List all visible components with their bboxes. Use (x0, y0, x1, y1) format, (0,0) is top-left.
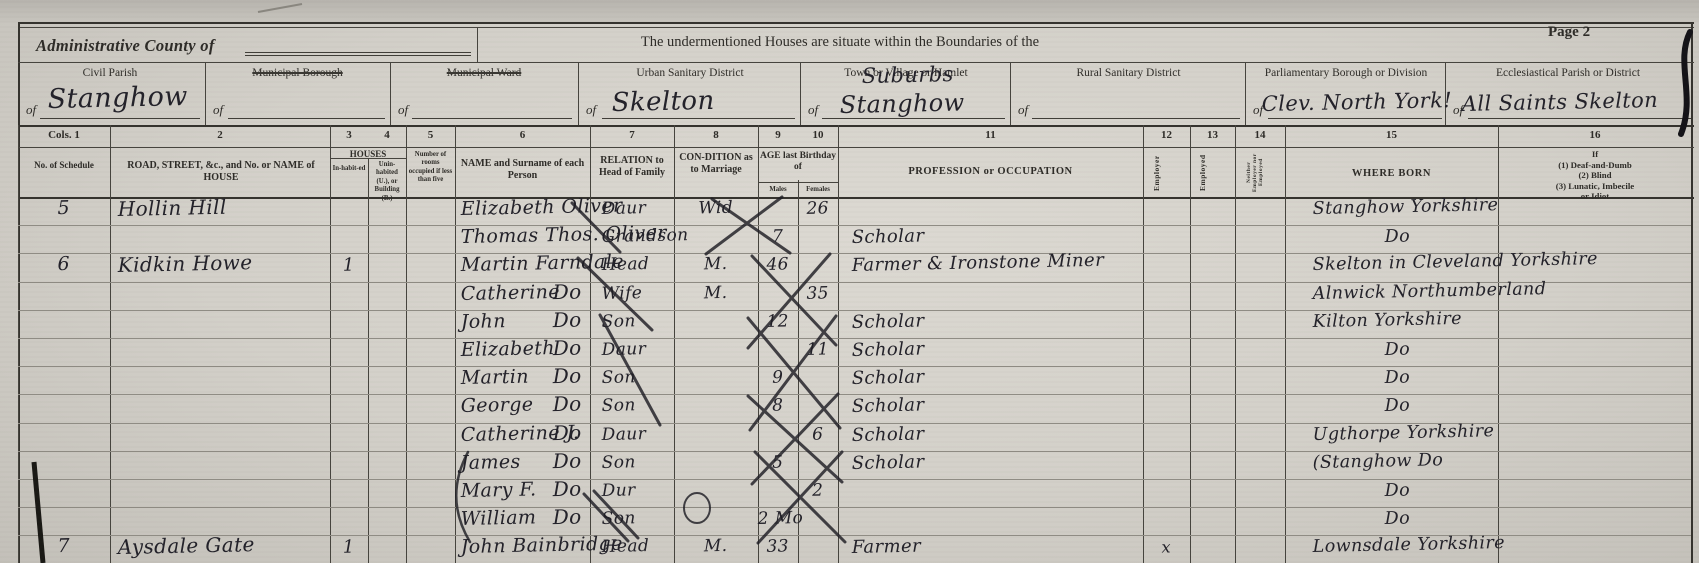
row-3-occupation: Farmer & Ironstone Miner (851, 245, 1143, 279)
row-11-relation: Dur (601, 475, 674, 505)
row-4-name: CatherineDo (460, 277, 590, 308)
row-1-schedule: 5 (17, 193, 110, 223)
grid-vline (1498, 125, 1499, 563)
district-title-rural-sanitary: Rural Sanitary District (1022, 67, 1235, 80)
district-value-line (228, 118, 385, 119)
row-3-age_m: 46 (757, 250, 798, 279)
census-scan-page: Administrative County of The undermentio… (0, 0, 1699, 563)
grid-vline (1285, 125, 1286, 563)
of-label: of (213, 102, 223, 118)
town-village-value: Stanghow (839, 88, 964, 119)
colnum-condition: 8 (674, 129, 758, 141)
row-9-name-ditto: Do (552, 418, 581, 448)
row-8-age_m: 8 (757, 391, 798, 420)
row-13-inhabited: 1 (329, 532, 368, 561)
row-12-name-ditto: Do (552, 502, 581, 532)
row-6-name-ditto: Do (552, 333, 581, 363)
row-13-condition: M. (673, 531, 758, 561)
header-employer: Employer (1152, 152, 1161, 194)
row-12-name: WilliamDo (460, 502, 590, 533)
header-females: Females (798, 186, 838, 194)
colnum-rooms: 5 (406, 129, 455, 141)
row-11-born: Do (1384, 475, 1498, 505)
of-label: of (26, 102, 36, 118)
row-4-relation: Wife (601, 278, 674, 308)
row-3-inhabited: 1 (329, 250, 368, 279)
row-7-name: MartinDo (460, 361, 590, 392)
district-value-line (602, 118, 795, 119)
row-6-age_f: 11 (797, 335, 838, 364)
row-5-name: JohnDo (460, 305, 590, 336)
header-occupation: PROFESSION or OCCUPATION (838, 166, 1143, 179)
district-title-municipal-borough: Municipal Borough (215, 67, 380, 80)
district-row-top-line (18, 62, 1694, 63)
row-6-born: Do (1384, 334, 1498, 364)
row-7-age_m: 9 (757, 363, 798, 392)
admin-box-divider (477, 27, 478, 62)
ecclesiastical-value: All Saints Skelton (1461, 88, 1658, 116)
admin-county-blank-line-2 (245, 55, 471, 56)
district-title-municipal-ward: Municipal Ward (400, 67, 568, 80)
header-where-born: WHERE BORN (1285, 168, 1498, 181)
row-4-age_f: 35 (797, 279, 838, 308)
grid-vline (330, 125, 331, 563)
district-value-line (1468, 118, 1691, 119)
frame-top-line-2 (18, 27, 1694, 28)
header-rooms: Number of rooms occupied if less than fi… (408, 151, 453, 185)
row-12-age_m: 2 Mo (757, 504, 798, 533)
row-7-born: Do (1384, 362, 1498, 392)
row-2-age_m: 7 (757, 222, 798, 251)
header-schedule: No. of Schedule (18, 160, 110, 171)
colnum-row-line (18, 147, 1694, 148)
row-11-name: Mary F.Do (460, 474, 590, 505)
row-4-condition: M. (673, 278, 758, 308)
row-13-relation: Head (601, 531, 674, 561)
civil-parish-value: Stanghow (47, 81, 188, 115)
district-value-line (40, 118, 200, 119)
row-10-name: JamesDo (460, 446, 590, 477)
frame-top-line (18, 22, 1694, 24)
district-title-ecclesiastical: Ecclesiastical Parish or District (1455, 67, 1681, 80)
row-7-name-ditto: Do (552, 361, 581, 391)
row-10-relation: Son (601, 447, 674, 477)
row-9-name: Catherine J.Do (460, 418, 590, 449)
header-condition: CON-DITION as to Marriage (676, 152, 756, 176)
grid-vline (1190, 125, 1191, 563)
district-divider (205, 62, 206, 125)
row-12-born: Do (1384, 503, 1498, 533)
header-neither: Neither Employer nor Employed (1246, 150, 1264, 195)
row-9-relation: Daur (601, 419, 674, 449)
of-label: of (1018, 102, 1028, 118)
row-3-born: Skelton in Cleveland Yorkshire (1312, 247, 1498, 279)
row-1-house: Hollin Hill (117, 191, 330, 223)
district-divider (800, 62, 801, 125)
grid-vline (110, 125, 111, 563)
row-7-relation: Son (601, 362, 674, 392)
colnum-relation: 7 (590, 129, 674, 141)
row-1-age_f: 26 (797, 194, 838, 223)
grid-vline (838, 125, 839, 563)
colnum-uninh: 4 (368, 129, 406, 141)
of-label: of (808, 102, 818, 118)
situate-statement: The undermentioned Houses are situate wi… (560, 34, 1120, 51)
row-8-born: Do (1384, 390, 1498, 420)
row-2-born: Do (1384, 221, 1498, 251)
row-13-employer: x (1142, 532, 1190, 561)
row-8-name-ditto: Do (552, 389, 581, 419)
grid-vline (1143, 125, 1144, 563)
colnum-age_m: 9 (758, 129, 798, 141)
header-males: Males (758, 186, 798, 194)
row-10-age_m: 5 (757, 448, 798, 477)
colnum-neither: 14 (1235, 129, 1285, 141)
row-13-house: Aysdale Gate (117, 529, 330, 561)
row-1-relation: Daur (601, 193, 674, 223)
grid-vline (455, 125, 456, 563)
header-age: AGE last Birthday of (758, 151, 838, 174)
row-3-schedule: 6 (17, 249, 110, 279)
grid-vline (758, 125, 759, 563)
row-10-born: (Stanghow Do (1312, 445, 1498, 477)
grid-vline (674, 125, 675, 563)
urban-sanitary-value: Skelton (611, 86, 715, 118)
row-6-name: ElizabethDo (460, 333, 590, 364)
grid-vline (798, 180, 799, 563)
header-employed: Employed (1198, 152, 1207, 194)
colnum-occupation: 11 (838, 129, 1143, 141)
row-5-relation: Son (601, 306, 674, 336)
row-5-born: Kilton Yorkshire (1312, 304, 1498, 336)
district-value-line (1268, 118, 1442, 119)
row-3-name: Martin Farndale (460, 248, 590, 279)
frame-right-line (1691, 22, 1693, 563)
row-13-born: Lownsdale Yorkshire (1312, 529, 1498, 561)
colnum-name: 6 (455, 129, 590, 141)
row-3-house: Kidkin Howe (117, 247, 330, 279)
row-1-name: Elizabeth Oliver (460, 192, 590, 223)
grid-vline (368, 158, 369, 563)
row-3-condition: M. (673, 249, 758, 279)
row-11-age_f: 2 (797, 476, 838, 505)
row-1-born: Stanghow Yorkshire (1312, 191, 1498, 223)
row-9-born: Ugthorpe Yorkshire (1312, 417, 1498, 449)
row-4-name-ditto: Do (552, 277, 581, 307)
row-2-name: Thomas Thos. Oliver (460, 220, 590, 251)
of-label: of (586, 102, 596, 118)
district-divider (578, 62, 579, 125)
row-1-condition: Wid (673, 193, 758, 223)
row-6-relation: Daur (601, 334, 674, 364)
grid-vline (590, 125, 591, 563)
row-5-name-ditto: Do (552, 305, 581, 335)
header-uninhabited: Unin-habited (U.), or Building (B.) (369, 161, 405, 203)
colnum-employer: 12 (1143, 129, 1190, 141)
district-title-civil-parish: Civil Parish (30, 67, 190, 80)
row-3-relation: Head (601, 249, 674, 279)
grid-vline (406, 125, 407, 563)
grid-vline (1235, 125, 1236, 563)
colnum-schedule: Cols. 1 (18, 129, 110, 141)
row-8-name: GeorgeDo (460, 389, 590, 420)
row-2-relation: Grandson (601, 221, 674, 251)
of-label: of (398, 102, 408, 118)
row-9-age_f: 6 (797, 420, 838, 449)
colnum-road: 2 (110, 129, 330, 141)
grid-vline (18, 125, 19, 563)
row-13-occupation: Farmer (851, 527, 1143, 561)
town-village-value-above: Suburbs (861, 62, 953, 88)
row-4-born: Alnwick Northumberland (1312, 276, 1498, 308)
page-number: Page 2 (1548, 24, 1590, 41)
table-top-line (18, 125, 1694, 127)
district-title-parliamentary: Parliamentary Borough or Division (1257, 67, 1435, 80)
row-12-relation: Son (601, 503, 674, 533)
pen-oval-mark (684, 493, 710, 523)
header-road: ROAD, STREET, &c., and No. or NAME of HO… (118, 160, 324, 184)
parliamentary-value: Clev. North York! (1261, 88, 1452, 116)
header-infirmity: If (1) Deaf-and-Dumb (2) Blind (3) Lunat… (1500, 149, 1690, 202)
row-10-occupation: Scholar (851, 443, 1143, 477)
row-8-relation: Son (601, 390, 674, 420)
district-value-line (1032, 118, 1240, 119)
row-13-name: John Bainbridge (460, 530, 590, 561)
row-5-age_m: 12 (757, 307, 798, 336)
scan-top-margin (0, 0, 1699, 22)
header-relation: RELATION to Head of Family (592, 155, 672, 179)
district-divider (1010, 62, 1011, 125)
colnum-infirmity: 16 (1498, 129, 1692, 141)
district-divider (390, 62, 391, 125)
row-11-name-ditto: Do (552, 474, 581, 504)
header-name: NAME and Surname of each Person (460, 158, 585, 182)
district-value-line (412, 118, 572, 119)
row-10-name-ditto: Do (552, 446, 581, 476)
district-title-urban-sanitary: Urban Sanitary District (590, 67, 790, 80)
colnum-age_f: 10 (798, 129, 838, 141)
district-divider (1245, 62, 1246, 125)
row-13-age_m: 33 (757, 532, 798, 561)
colnum-employed: 13 (1190, 129, 1235, 141)
admin-county-label: Administrative County of (36, 36, 215, 56)
row-13-schedule: 7 (17, 531, 110, 561)
header-inhabited: In-habit-ed (331, 165, 367, 173)
colnum-born: 15 (1285, 129, 1498, 141)
colnum-inhab: 3 (330, 129, 368, 141)
admin-county-blank-line (245, 52, 471, 53)
